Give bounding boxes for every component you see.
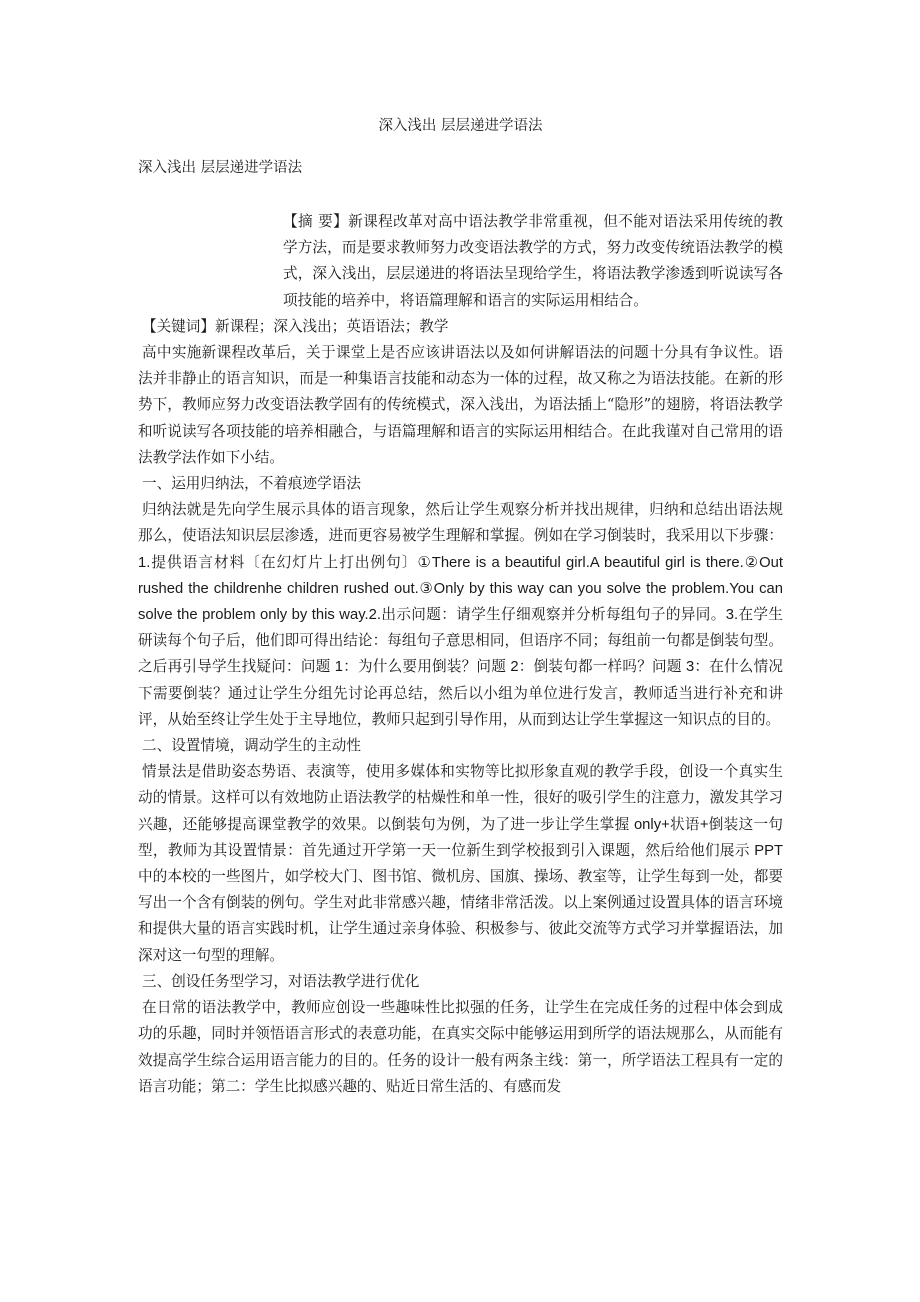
section-1-heading: 一、运用归纳法，不着痕迹学语法 (138, 471, 783, 497)
document-subtitle: 深入浅出 层层递进学语法 (138, 158, 302, 178)
text-run: PPT (750, 843, 783, 859)
text-run: ：倒装句都一样吗？问题 (519, 658, 682, 675)
intro-paragraph: 高中实施新课程改革后，关于课堂上是否应该讲语法以及如何讲解语法的问题十分具有争议… (138, 340, 783, 471)
text-run: 2 (506, 659, 519, 675)
text-run: 归纳法就是先向学生展示具体的语言现象，然后让学生观察分析并找出规律，归纳和总结出… (138, 501, 783, 544)
abstract-paragraph: 【摘 要】新课程改革对高中语法教学非常重视，但不能对语法采用传统的教学方法，而是… (138, 209, 783, 314)
section-2-heading: 二、设置情境，调动学生的主动性 (138, 733, 783, 759)
keywords-paragraph: 【关键词】新课程；深入浅出；英语语法；教学 (138, 314, 783, 340)
document-body: 【摘 要】新课程改革对高中语法教学非常重视，但不能对语法采用传统的教学方法，而是… (138, 209, 783, 1100)
text-run: 3. (726, 607, 738, 623)
text-run: only+ (630, 817, 670, 833)
text-run: 状语 (670, 816, 700, 833)
abstract-label: 【摘 要】 (283, 213, 348, 230)
section-3-heading: 三、创设任务型学习，对语法教学进行优化 (138, 969, 783, 995)
text-run: 中的本校的一些图片，如学校大门、图书馆、微机房、国旗、操场、教室等，让学生每到一… (138, 868, 783, 964)
document-title: 深入浅出 层层递进学语法 (138, 116, 783, 136)
text-run: 提供语言材料〔在幻灯片上打出例句〕 (150, 554, 417, 571)
section-2-paragraph: 情景法是借助姿态势语、表演等，使用多媒体和实物等比拟形象直观的教学手段，创设一个… (138, 759, 783, 969)
keywords-label: 【关键词】 (142, 318, 215, 335)
text-run: 1. (138, 555, 150, 571)
keywords-text: 新课程；深入浅出；英语语法；教学 (215, 318, 449, 335)
section-1-paragraph: 归纳法就是先向学生展示具体的语言现象，然后让学生观察分析并找出规律，归纳和总结出… (138, 497, 783, 733)
text-run: 出示问题：请学生仔细观察并分析每组句子的异同。 (381, 606, 726, 623)
text-run: 1 (330, 659, 343, 675)
text-run: ：为什么要用倒装？问题 (343, 658, 506, 675)
text-run: 3 (682, 659, 695, 675)
abstract-text: 新课程改革对高中语法教学非常重视，但不能对语法采用传统的教学方法，而是要求教师努… (283, 213, 783, 309)
section-3-paragraph: 在日常的语法教学中，教师应创设一些趣味性比拟强的任务，让学生在完成任务的过程中体… (138, 995, 783, 1100)
